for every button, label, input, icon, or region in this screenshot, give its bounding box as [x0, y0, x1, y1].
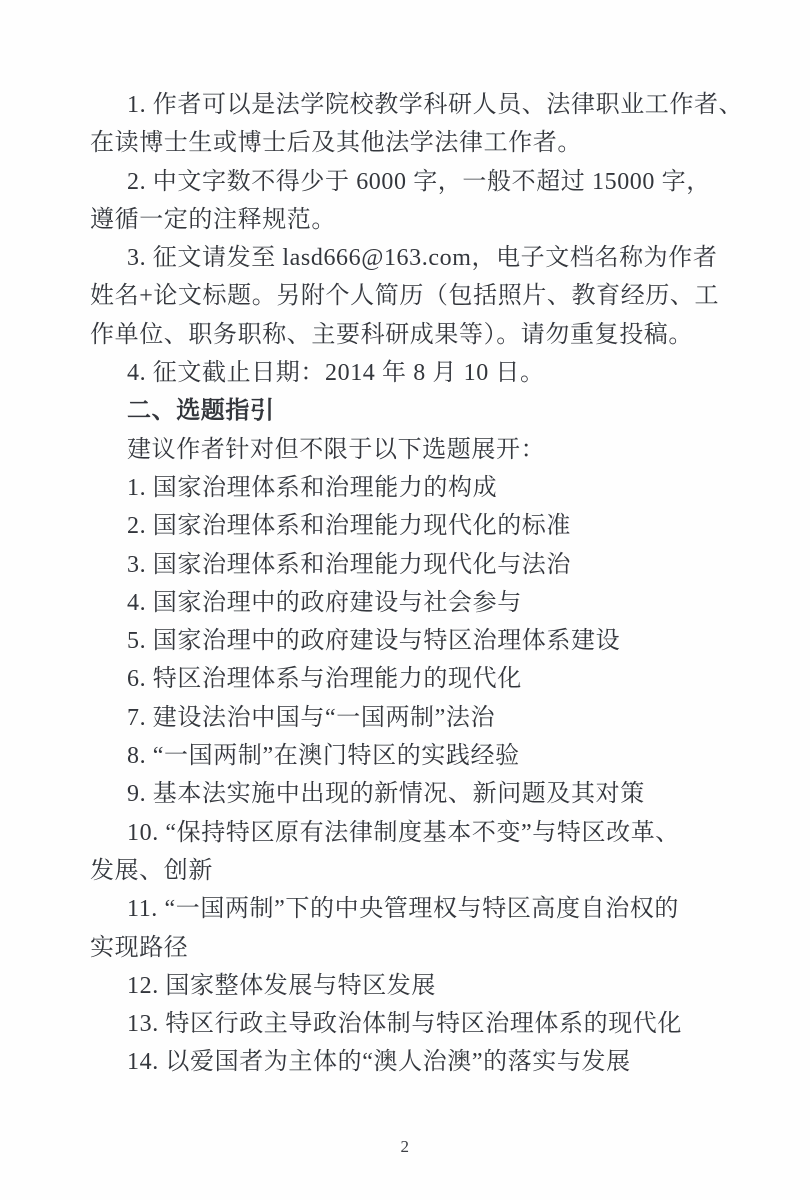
document-line: 发展、创新 — [90, 852, 755, 890]
document-line: 3. 征文请发至 lasd666@163.com，电子文档名称为作者 — [90, 239, 755, 277]
page-number: 2 — [0, 1136, 810, 1158]
document-line: 建议作者针对但不限于以下选题展开： — [90, 431, 755, 469]
document-line: 14. 以爱国者为主体的“澳人治澳”的落实与发展 — [90, 1043, 755, 1081]
document-line: 8. “一国两制”在澳门特区的实践经验 — [90, 737, 755, 775]
document-lines: 1. 作者可以是法学院校教学科研人员、法律职业工作者、在读博士生或博士后及其他法… — [90, 86, 755, 1082]
document-line: 12. 国家整体发展与特区发展 — [90, 967, 755, 1005]
document-line: 10. “保持特区原有法律制度基本不变”与特区改革、 — [90, 814, 755, 852]
document-page: 1. 作者可以是法学院校教学科研人员、法律职业工作者、在读博士生或博士后及其他法… — [0, 0, 810, 1200]
document-line: 2. 国家治理体系和治理能力现代化的标准 — [90, 507, 755, 545]
document-line: 11. “一国两制”下的中央管理权与特区高度自治权的 — [90, 890, 755, 928]
document-line: 6. 特区治理体系与治理能力的现代化 — [90, 660, 755, 698]
document-line: 9. 基本法实施中出现的新情况、新问题及其对策 — [90, 775, 755, 813]
document-line: 4. 征文截止日期：2014 年 8 月 10 日。 — [90, 354, 755, 392]
document-line: 5. 国家治理中的政府建设与特区治理体系建设 — [90, 622, 755, 660]
document-line: 2. 中文字数不得少于 6000 字，一般不超过 15000 字， — [90, 163, 755, 201]
document-line: 1. 作者可以是法学院校教学科研人员、法律职业工作者、 — [90, 86, 755, 124]
document-line: 4. 国家治理中的政府建设与社会参与 — [90, 584, 755, 622]
section-heading: 二、选题指引 — [90, 392, 755, 430]
document-line: 姓名+论文标题。另附个人简历（包括照片、教育经历、工 — [90, 277, 755, 315]
document-line: 作单位、职务职称、主要科研成果等）。请勿重复投稿。 — [90, 316, 755, 354]
document-line: 实现路径 — [90, 929, 755, 967]
document-line: 13. 特区行政主导政治体制与特区治理体系的现代化 — [90, 1005, 755, 1043]
document-line: 3. 国家治理体系和治理能力现代化与法治 — [90, 546, 755, 584]
document-line: 7. 建设法治中国与“一国两制”法治 — [90, 699, 755, 737]
document-line: 在读博士生或博士后及其他法学法律工作者。 — [90, 124, 755, 162]
document-line: 1. 国家治理体系和治理能力的构成 — [90, 469, 755, 507]
document-line: 遵循一定的注释规范。 — [90, 201, 755, 239]
